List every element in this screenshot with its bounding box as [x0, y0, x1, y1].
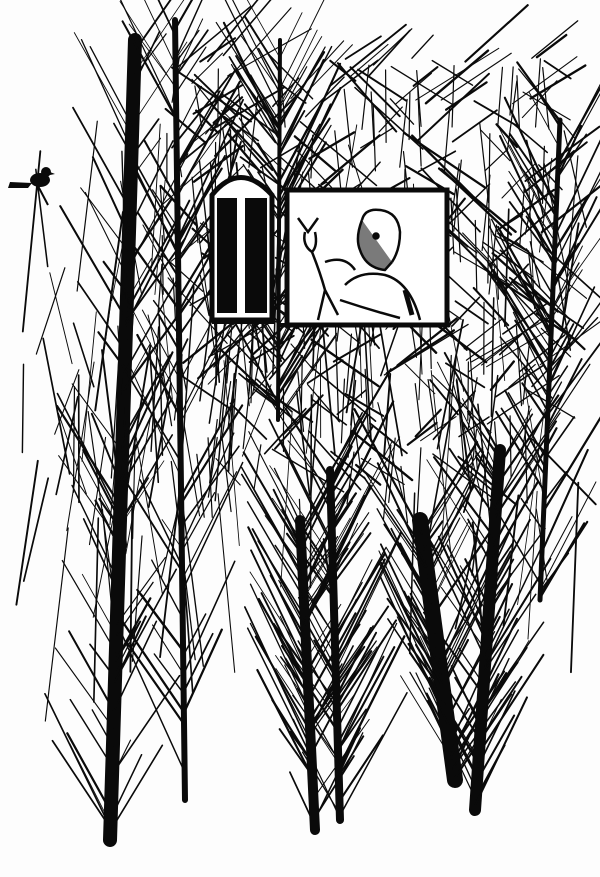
illustration: [0, 0, 600, 877]
ink-drawing: [0, 0, 600, 877]
bird: [8, 167, 55, 205]
lit-window: [280, 190, 450, 325]
arched-window: [212, 178, 275, 323]
